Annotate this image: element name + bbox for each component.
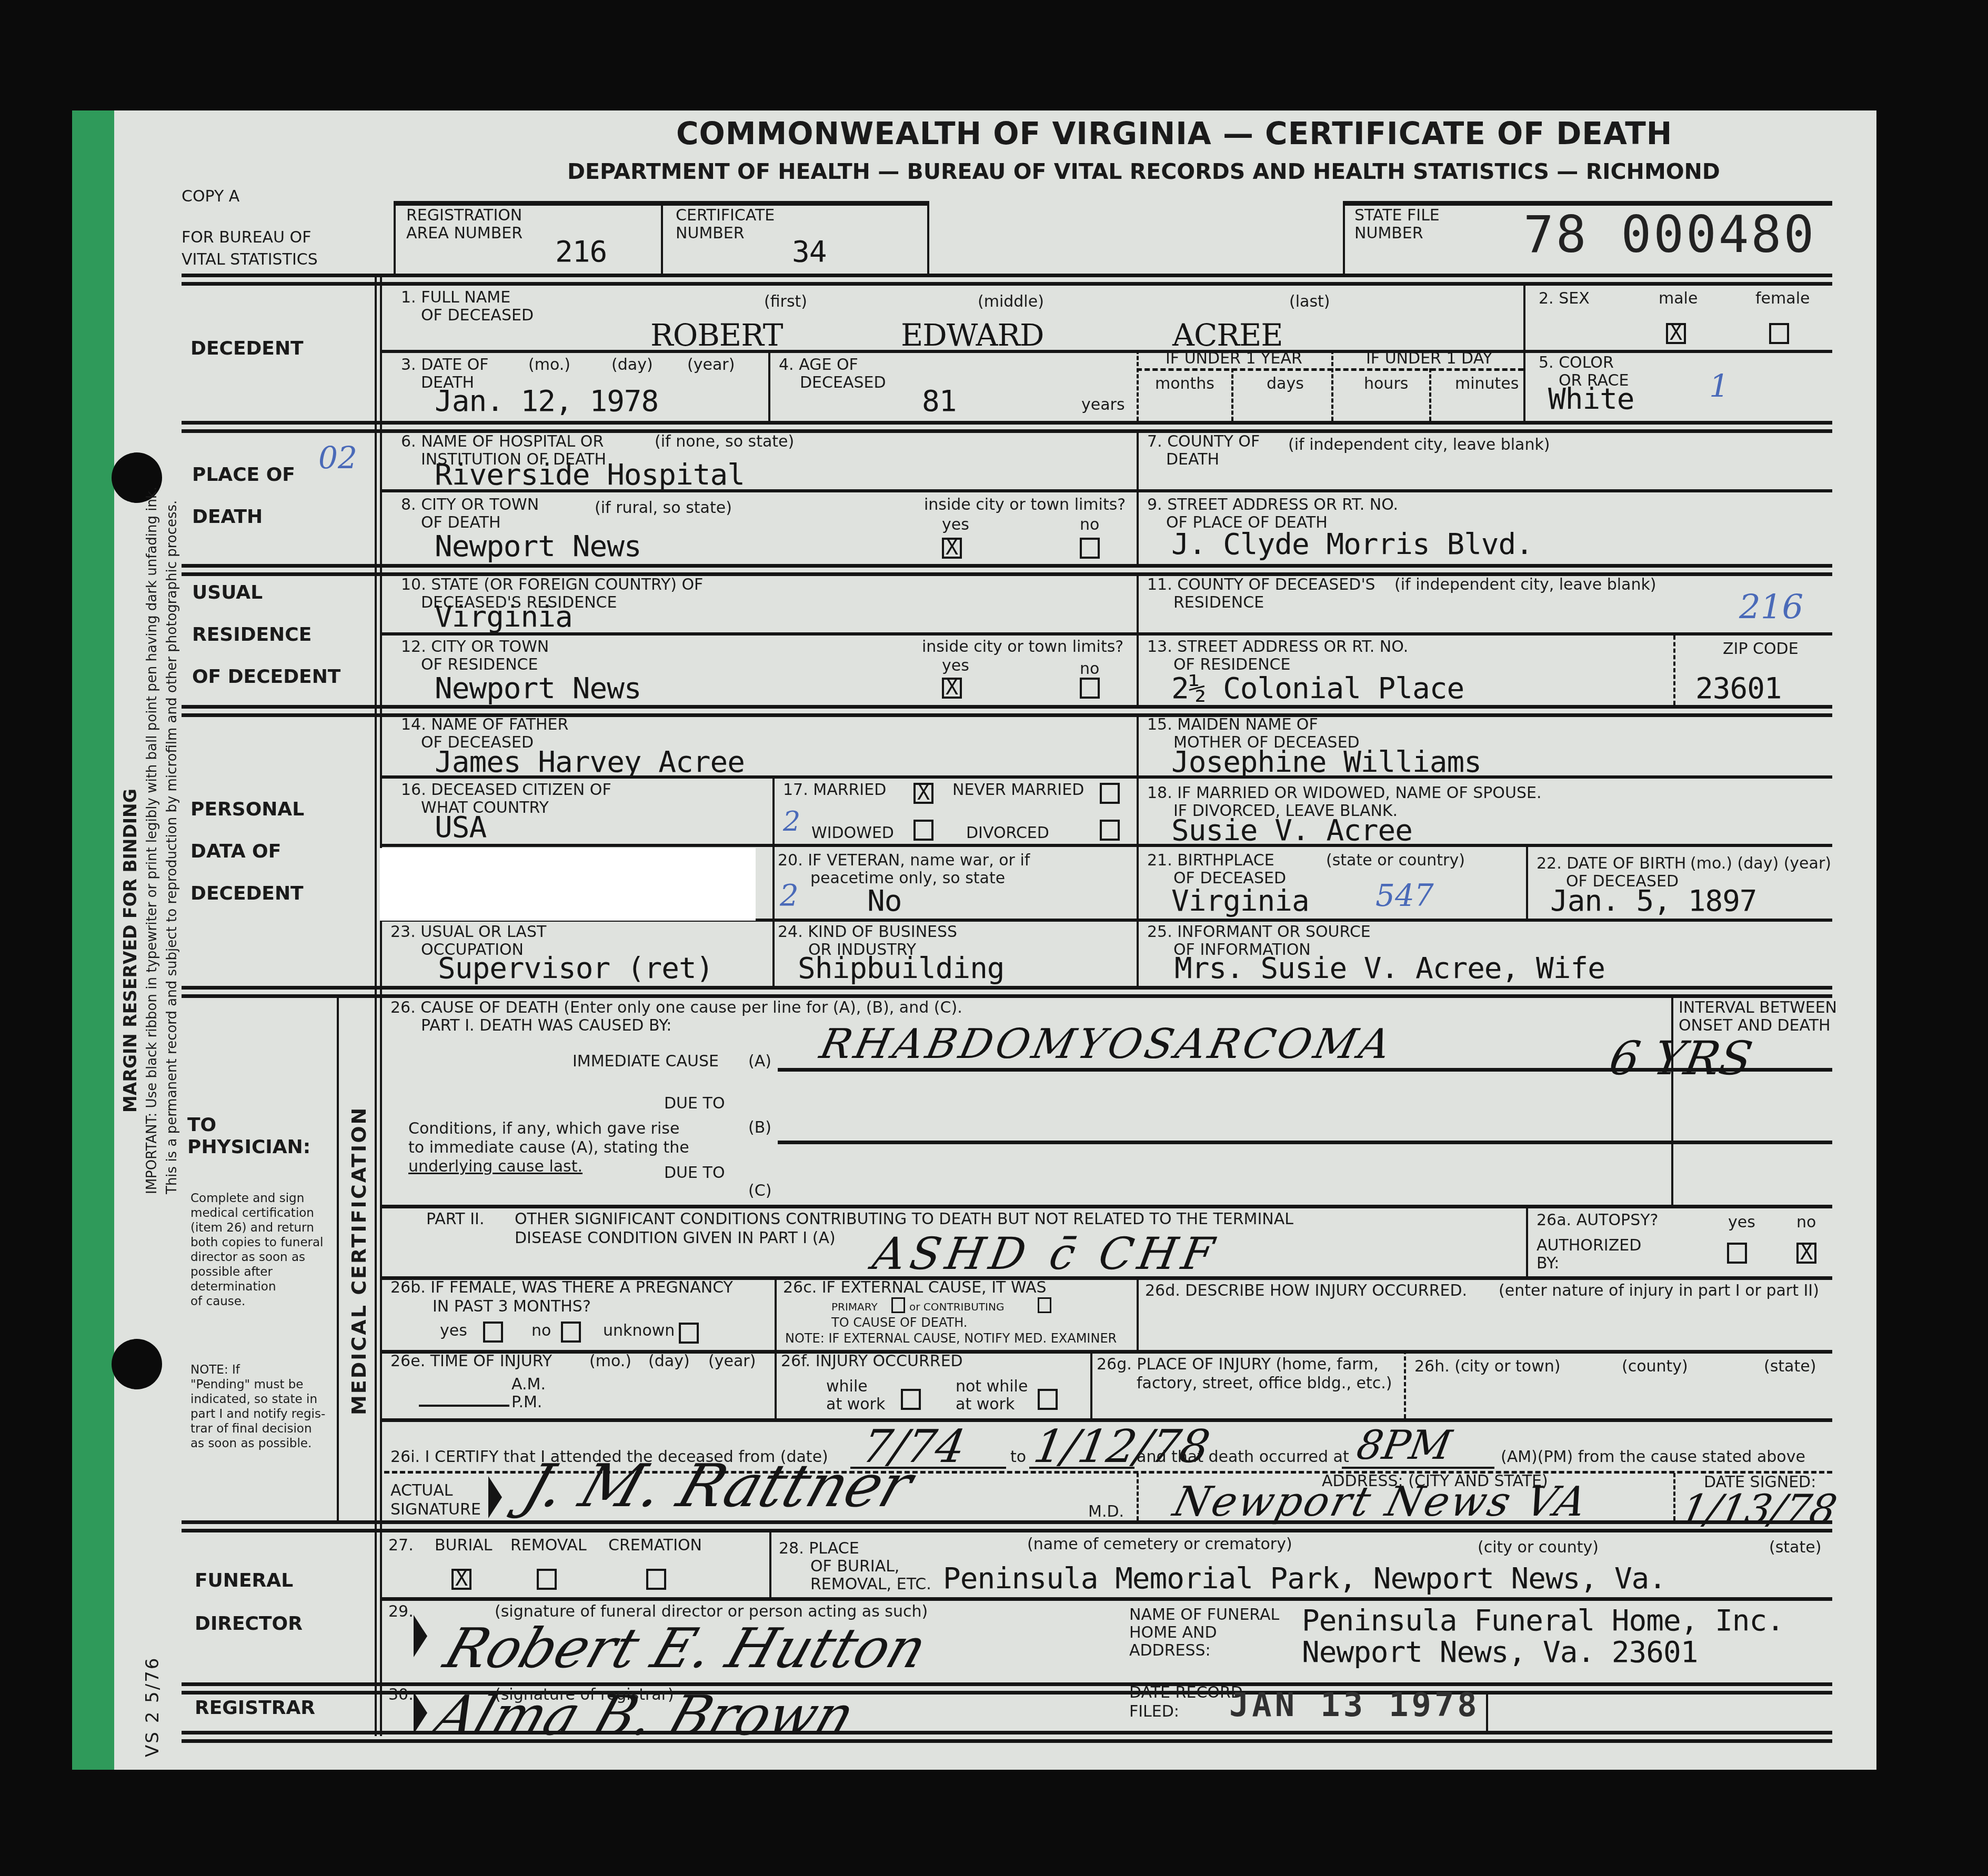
- veteran-status: No: [867, 884, 901, 918]
- f26f-notwhile-2: at work: [956, 1395, 1015, 1414]
- f26b-yes: yes: [440, 1322, 467, 1340]
- f6-label-1: 6. NAME OF HOSPITAL OR: [401, 432, 604, 451]
- f26c-note: NOTE: IF EXTERNAL CAUSE, NOTIFY MED. EXA…: [785, 1331, 1117, 1346]
- date-of-death: Jan. 12, 1978: [435, 384, 658, 418]
- funeral-director-sign-arrow: [414, 1615, 427, 1657]
- minutes-label: minutes: [1455, 375, 1519, 394]
- state-file-label-2: NUMBER: [1354, 224, 1423, 243]
- color-or-race: White: [1548, 382, 1634, 416]
- widowed-checkbox[interactable]: [913, 820, 933, 841]
- section-death: DEATH: [192, 506, 263, 528]
- part2-text-2: DISEASE CONDITION GIVEN IN PART I (A): [515, 1229, 836, 1248]
- interval-label-1: INTERVAL BETWEEN: [1679, 998, 1837, 1017]
- funeral-home-address: Newport News, Va. 23601: [1302, 1635, 1698, 1669]
- father-name: James Harvey Acree: [435, 745, 745, 779]
- ampm-label: (AM)(PM) from the cause stated above: [1501, 1448, 1805, 1467]
- f26b-no: no: [531, 1322, 551, 1340]
- f2-label: 2. SEX: [1539, 289, 1590, 308]
- f26e-year: (year): [708, 1352, 756, 1371]
- f26a-label-2: AUTHORIZED: [1537, 1236, 1641, 1255]
- death-inside-limits-yes-checkbox[interactable]: X: [942, 538, 962, 559]
- removal-checkbox[interactable]: [537, 1569, 557, 1590]
- pregnancy-yes-checkbox[interactable]: [483, 1322, 503, 1343]
- cert-number-label-2: NUMBER: [676, 224, 745, 243]
- immediate-cause-value: RHABDOMYOSARCOMA: [816, 1021, 1398, 1068]
- funeral-home-name: Peninsula Funeral Home, Inc.: [1302, 1603, 1784, 1638]
- f26h-state: (state): [1764, 1357, 1816, 1376]
- section-registrar: REGISTRAR: [195, 1697, 315, 1719]
- f26e-label: 26e. TIME OF INJURY: [390, 1352, 552, 1371]
- f2-female-label: female: [1755, 289, 1810, 308]
- section-director: DIRECTOR: [195, 1613, 303, 1635]
- date-filed-label-1: DATE RECORD: [1129, 1683, 1243, 1702]
- immediate-cause-label: IMMEDIATE CAUSE: [573, 1052, 719, 1071]
- f16-label-1: 16. DECEASED CITIZEN OF: [401, 781, 611, 800]
- section-to: TO: [187, 1114, 216, 1136]
- cause-c-marker: (C): [748, 1182, 771, 1201]
- external-primary-checkbox[interactable]: [891, 1297, 905, 1313]
- date-filed-label-2: FILED:: [1129, 1702, 1179, 1721]
- age-of-deceased: 81: [922, 384, 956, 418]
- f3-label-1: 3. DATE OF: [401, 356, 489, 375]
- date-of-birth: Jan. 5, 1897: [1550, 884, 1757, 918]
- section-physician: PHYSICIAN:: [187, 1136, 310, 1158]
- f6-hint: (if none, so state): [655, 432, 794, 451]
- citizen-country: USA: [435, 810, 486, 844]
- f28-state-hint: (state): [1769, 1538, 1821, 1557]
- f22-hint: (mo.) (day) (year): [1690, 854, 1831, 873]
- veteran-pen-code: 2: [780, 879, 799, 913]
- f20-label-2: peacetime only, so state: [810, 869, 1005, 888]
- margin-permanent-text: This is a permanent record and subject t…: [165, 500, 180, 1194]
- days-label: days: [1267, 375, 1304, 394]
- f28-label-1: 28. PLACE: [779, 1539, 859, 1558]
- f28-cemetery-hint: (name of cemetery or crematory): [1027, 1535, 1292, 1554]
- pending-note: NOTE: If"Pending" must beindicated, so s…: [190, 1363, 325, 1451]
- street-address-of-death: J. Clyde Morris Blvd.: [1171, 527, 1533, 561]
- other-conditions-value: ASHD c̄ CHF: [869, 1228, 1222, 1279]
- city-of-residence: Newport News: [435, 671, 641, 705]
- f26c-label-1: 26c. IF EXTERNAL CAUSE, IT WAS: [783, 1278, 1047, 1297]
- decedent-first-name: ROBERT: [650, 317, 783, 353]
- birthplace: Virginia: [1171, 884, 1309, 918]
- f28-label-2: OF BURIAL,: [810, 1557, 899, 1576]
- sex-male-checkbox[interactable]: X: [1666, 323, 1686, 344]
- funeral-home-label-3: ADDRESS:: [1129, 1641, 1211, 1660]
- state-file-number: 78 000480: [1523, 205, 1816, 264]
- f4-unit: years: [1081, 396, 1125, 415]
- marital-pen-code: 2: [783, 806, 800, 838]
- physician-address: Newport News VA: [1169, 1478, 1593, 1526]
- f26f-notwhile-1: not while: [956, 1377, 1028, 1396]
- f28-city-hint: (city or county): [1478, 1538, 1599, 1557]
- f26e-pm: P.M.: [511, 1393, 542, 1412]
- external-contributing-checkbox[interactable]: [1038, 1297, 1051, 1313]
- informant: Mrs. Susie V. Acree, Wife: [1174, 951, 1605, 985]
- f3-year-hint: (year): [687, 356, 735, 375]
- death-inside-limits-no-checkbox[interactable]: [1080, 538, 1100, 559]
- f12-label-1: 12. CITY OR TOWN: [401, 638, 549, 657]
- autopsy-yes-label: yes: [1728, 1213, 1755, 1232]
- section-place-of: PLACE OF: [192, 464, 295, 486]
- section-of-decedent: OF DECEDENT: [192, 666, 340, 688]
- business-industry: Shipbuilding: [798, 951, 1005, 985]
- punch-hole: [112, 1339, 162, 1389]
- decedent-middle-name: EDWARD: [901, 317, 1044, 353]
- f28-label-3: REMOVAL, ETC.: [810, 1575, 931, 1594]
- f26e-day: (day): [648, 1352, 690, 1371]
- under-1-year-label: IF UNDER 1 YEAR: [1166, 349, 1302, 368]
- md-label: M.D.: [1088, 1502, 1124, 1521]
- divorced-checkbox[interactable]: [1100, 820, 1120, 841]
- f26b-label-2: IN PAST 3 MONTHS?: [433, 1297, 591, 1316]
- f7-hint: (if independent city, leave blank): [1288, 436, 1550, 455]
- due-to-label-2: DUE TO: [664, 1164, 725, 1183]
- cause-b-marker: (B): [748, 1118, 771, 1137]
- burial-checkbox[interactable]: X: [451, 1569, 471, 1590]
- f1-last-hint: (last): [1289, 293, 1330, 311]
- certificate-number: 34: [792, 235, 826, 269]
- f1-label-1: 1. FULL NAME: [401, 288, 510, 307]
- months-label: months: [1155, 375, 1214, 394]
- certificate-subtitle: DEPARTMENT OF HEALTH — BUREAU OF VITAL R…: [567, 159, 1720, 184]
- section-residence: RESIDENCE: [192, 624, 312, 645]
- conditions-line-3: underlying cause last.: [408, 1157, 583, 1176]
- section-decedent: DECEDENT: [190, 338, 304, 359]
- f29-label: 29.: [388, 1602, 414, 1621]
- f26c-primary: PRIMARY: [831, 1299, 878, 1315]
- redacted-field-19: [380, 848, 756, 921]
- f8-yes: yes: [942, 516, 969, 534]
- under-1-day-label: IF UNDER 1 DAY: [1366, 349, 1492, 368]
- f27-label: 27.: [388, 1536, 414, 1555]
- section-data-of: DATA OF: [190, 841, 281, 862]
- cremation-checkbox[interactable]: [646, 1569, 666, 1590]
- f26b-unknown: unknown: [603, 1322, 675, 1340]
- part2-text-1: OTHER SIGNIFICANT CONDITIONS CONTRIBUTIN…: [515, 1210, 1293, 1229]
- f17-widowed-label: WIDOWED: [811, 824, 894, 843]
- burial-label: BURIAL: [435, 1536, 492, 1555]
- f26g-label-2: factory, street, office bldg., etc.): [1137, 1374, 1392, 1393]
- f26h-label: 26h. (city or town): [1414, 1357, 1560, 1376]
- place-of-burial: Peninsula Memorial Park, Newport News, V…: [943, 1561, 1666, 1596]
- f1-label-2: OF DECEASED: [421, 306, 534, 325]
- f11-hint: (if independent city, leave blank): [1394, 576, 1656, 594]
- funeral-home-label-2: HOME AND: [1129, 1623, 1217, 1642]
- never-married-checkbox[interactable]: [1100, 783, 1120, 804]
- f1-first-hint: (first): [764, 293, 807, 311]
- f26a-label-3: BY:: [1537, 1254, 1559, 1273]
- mother-maiden-name: Josephine Williams: [1171, 745, 1481, 779]
- due-to-label-1: DUE TO: [664, 1094, 725, 1113]
- f26d-label: 26d. DESCRIBE HOW INJURY OCCURRED.: [1145, 1282, 1467, 1300]
- registrar-sign-arrow: [414, 1692, 427, 1734]
- death-time: 8PM: [1353, 1421, 1455, 1468]
- margin-binding-text: MARGIN RESERVED FOR BINDING: [120, 789, 140, 1113]
- f17-married-label: 17. MARRIED: [783, 781, 886, 800]
- hospital-pen-code: 02: [318, 440, 357, 476]
- residence-inside-limits-no-checkbox[interactable]: [1080, 678, 1100, 699]
- f26e-am: A.M.: [511, 1375, 546, 1394]
- f26d-hint: (enter nature of injury in part I or par…: [1499, 1282, 1819, 1300]
- reg-area-label-1: REGISTRATION: [406, 206, 522, 225]
- cause-a-marker: (A): [748, 1052, 771, 1071]
- date-filed-stamp: JAN 13 1978: [1229, 1686, 1480, 1724]
- margin-important-text: IMPORTANT: Use black ribbon in typewrite…: [145, 487, 160, 1194]
- registrar-signature[interactable]: Alma B. Brown: [426, 1683, 862, 1748]
- pregnancy-no-checkbox[interactable]: [561, 1322, 581, 1343]
- date-signed: 1/13/78: [1677, 1486, 1841, 1532]
- f8-limits: inside city or town limits?: [924, 496, 1126, 515]
- f13-label-1: 13. STREET ADDRESS OR RT. NO.: [1147, 638, 1408, 657]
- f1-middle-hint: (middle): [978, 293, 1044, 311]
- f8-label-1: 8. CITY OR TOWN: [401, 496, 539, 515]
- birthplace-pen-code: 547: [1375, 878, 1434, 913]
- zip-label: ZIP CODE: [1723, 640, 1799, 659]
- f23-label-1: 23. USUAL OR LAST: [390, 923, 546, 942]
- hospital-name: Riverside Hospital: [435, 458, 745, 492]
- autopsy-no-label: no: [1796, 1213, 1816, 1232]
- injury-while-at-work-checkbox[interactable]: [901, 1389, 921, 1410]
- section-funeral: FUNERAL: [195, 1570, 293, 1591]
- street-address-of-residence: 2½ Colonial Place: [1171, 671, 1464, 705]
- f20-label-1: 20. IF VETERAN, name war, or if: [778, 851, 1030, 870]
- registration-area-number: 216: [555, 235, 607, 269]
- certificate-title: COMMONWEALTH OF VIRGINIA — CERTIFICATE O…: [676, 116, 1672, 152]
- f26g-label-1: 26g. PLACE OF INJURY (home, farm,: [1097, 1355, 1379, 1374]
- f26b-label-1: 26b. IF FEMALE, WAS THERE A PREGNANCY: [390, 1278, 733, 1297]
- medical-certification-label: MEDICAL CERTIFICATION: [347, 1106, 370, 1415]
- f4-label-1: 4. AGE OF: [779, 356, 858, 375]
- f18-label-1: 18. IF MARRIED OR WIDOWED, NAME OF SPOUS…: [1147, 784, 1541, 803]
- county-pen-code: 216: [1739, 588, 1803, 627]
- sex-female-checkbox[interactable]: [1769, 323, 1789, 344]
- f17-divorced-label: DIVORCED: [966, 824, 1049, 843]
- injury-not-at-work-checkbox[interactable]: [1038, 1389, 1058, 1410]
- autopsy-no-checkbox[interactable]: X: [1796, 1243, 1816, 1264]
- conditions-line-2: to immediate cause (A), stating the: [408, 1138, 689, 1157]
- f26-label-2: PART I. DEATH WAS CAUSED BY:: [421, 1016, 671, 1035]
- f15-label-1: 15. MAIDEN NAME OF: [1147, 715, 1318, 734]
- to-label: to: [1010, 1448, 1026, 1467]
- f22-label-1: 22. DATE OF BIRTH: [1537, 854, 1686, 873]
- interval-value: 6 YRS: [1605, 1031, 1756, 1085]
- f9-label-1: 9. STREET ADDRESS OR RT. NO.: [1147, 496, 1398, 515]
- funeral-director-signature[interactable]: Robert E. Hutton: [437, 1616, 935, 1680]
- f26f-while-2: at work: [826, 1395, 885, 1414]
- f26h-county: (county): [1622, 1357, 1688, 1376]
- f11-label-2: RESIDENCE: [1173, 593, 1264, 612]
- cert-number-label-1: CERTIFICATE: [676, 206, 775, 225]
- f3-day-hint: (day): [611, 356, 653, 375]
- physician-sign-here-arrow: [488, 1476, 502, 1518]
- f8-no: no: [1080, 516, 1099, 534]
- decedent-last-name: ACREE: [1172, 317, 1283, 353]
- green-binding-strip: [72, 110, 114, 1770]
- removal-label: REMOVAL: [510, 1536, 587, 1555]
- f21-hint: (state or country): [1326, 851, 1465, 870]
- f26c-contributing: or CONTRIBUTING: [909, 1299, 1004, 1315]
- section-usual: USUAL: [192, 582, 263, 603]
- f12-yes: yes: [942, 657, 969, 675]
- f24-label-1: 24. KIND OF BUSINESS: [778, 923, 957, 942]
- race-pen-mark: 1: [1709, 368, 1729, 405]
- f3-mo-hint: (mo.): [528, 356, 570, 375]
- copy-for-1: FOR BUREAU OF: [182, 228, 311, 247]
- f26e-mo: (mo.): [589, 1352, 631, 1371]
- f26-label-1: 26. CAUSE OF DEATH (Enter only one cause…: [390, 998, 962, 1017]
- form-id: VS 2 5/76: [143, 1657, 162, 1757]
- occurred-label: and that death occurred at: [1137, 1448, 1349, 1467]
- f14-label-1: 14. NAME OF FATHER: [401, 715, 568, 734]
- f12-no: no: [1080, 660, 1099, 679]
- f26a-label-1: 26a. AUTOPSY?: [1537, 1211, 1658, 1230]
- f12-limits: inside city or town limits?: [922, 638, 1123, 657]
- state-file-label-1: STATE FILE: [1354, 206, 1440, 225]
- copy-for-2: VITAL STATISTICS: [182, 250, 318, 269]
- physician-instructions: Complete and signmedical certification(i…: [190, 1191, 323, 1309]
- section-personal: PERSONAL: [190, 799, 304, 820]
- cremation-label: CREMATION: [608, 1536, 702, 1555]
- f8-hint: (if rural, so state): [595, 499, 732, 518]
- physician-signature[interactable]: J. M. Rattner: [515, 1452, 921, 1520]
- f5-label-1: 5. COLOR: [1539, 354, 1614, 372]
- autopsy-yes-checkbox[interactable]: [1727, 1243, 1747, 1264]
- f26f-label: 26f. INJURY OCCURRED: [781, 1352, 963, 1371]
- actual-label: ACTUAL: [390, 1481, 453, 1500]
- state-of-residence: Virginia: [435, 600, 573, 634]
- spouse-name: Susie V. Acree: [1171, 813, 1412, 848]
- f10-label-1: 10. STATE (OR FOREIGN COUNTRY) OF: [401, 576, 703, 594]
- f11-label-1: 11. COUNTY OF DECEASED'S: [1147, 576, 1375, 594]
- funeral-home-label-1: NAME OF FUNERAL: [1129, 1606, 1279, 1625]
- f25-label-1: 25. INFORMANT OR SOURCE: [1147, 923, 1371, 942]
- hours-label: hours: [1364, 375, 1408, 394]
- f21-label-1: 21. BIRTHPLACE: [1147, 851, 1274, 870]
- occupation: Supervisor (ret): [438, 951, 713, 985]
- f30-label: 30.: [388, 1686, 414, 1704]
- f26f-while-1: while: [826, 1377, 868, 1396]
- zip-code: 23601: [1695, 671, 1782, 705]
- residence-inside-limits-yes-checkbox[interactable]: X: [942, 678, 962, 699]
- pregnancy-unknown-checkbox[interactable]: [679, 1323, 699, 1344]
- f7-label-1: 7. COUNTY OF: [1147, 432, 1260, 451]
- f26c-label-2: TO CAUSE OF DEATH.: [831, 1315, 967, 1330]
- reg-area-label-2: AREA NUMBER: [406, 224, 523, 243]
- city-of-death: Newport News: [435, 529, 641, 563]
- f4-label-2: DECEASED: [800, 374, 886, 392]
- married-checkbox[interactable]: X: [913, 783, 933, 804]
- f7-label-2: DEATH: [1166, 450, 1219, 469]
- section-decedent-2: DECEDENT: [190, 883, 304, 904]
- copy-label: COPY A: [182, 187, 239, 206]
- part2-label: PART II.: [426, 1210, 484, 1229]
- signature-label: SIGNATURE: [390, 1500, 481, 1519]
- conditions-line-1: Conditions, if any, which gave rise: [408, 1119, 679, 1138]
- f17-never-label: NEVER MARRIED: [952, 781, 1084, 800]
- f2-male-label: male: [1659, 289, 1698, 308]
